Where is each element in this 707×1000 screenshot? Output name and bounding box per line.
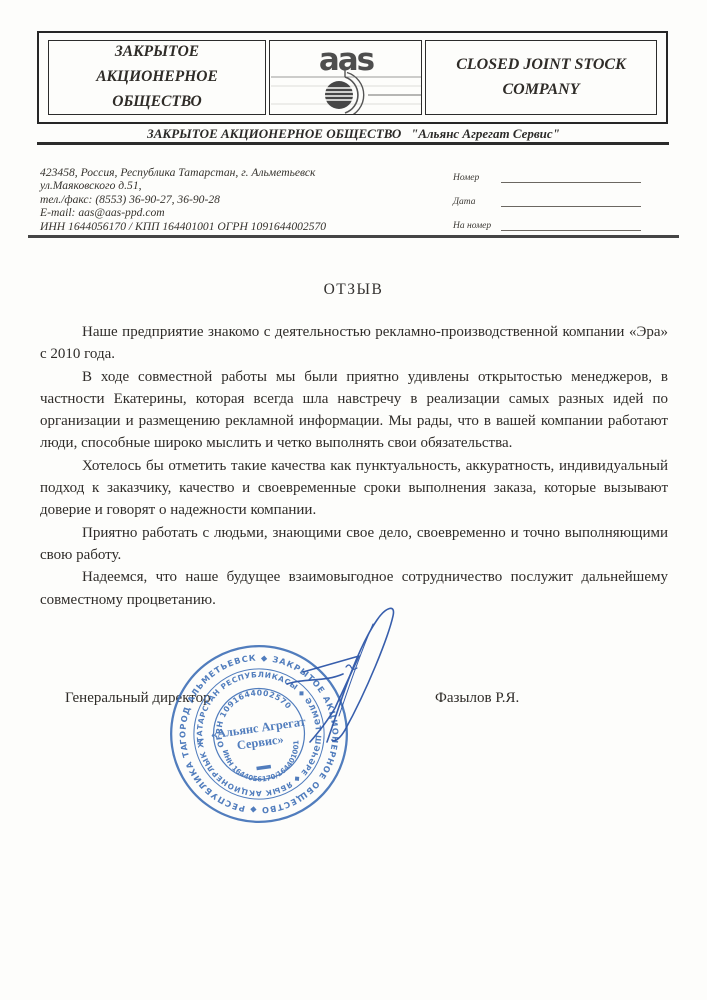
signer-name: Фазылов Р.Я. [435,690,519,707]
letterhead-subline: ЗАКРЫТОЕ АКЦИОНЕРНОЕ ОБЩЕСТВО "Альянс Аг… [0,126,707,142]
ref-row-number: Номер [453,172,641,183]
document-title: ОТЗЫВ [0,281,707,299]
contact-street-line: ул.Маяковского д.51, [40,179,326,192]
ref-number-label: Номер [453,173,501,183]
contact-phone-line: тел./факс: (8553) 36-90-27, 36-90-28 [40,193,326,206]
aas-logo-icon: aas [271,40,421,115]
ref-row-reply-to: На номер [453,220,641,231]
paragraph: Хотелось бы отметить такие качества как … [40,455,668,522]
stamp-center-bar [256,765,271,771]
handwritten-signature [285,590,410,745]
paragraph: Приятно работать с людьми, знающими свое… [40,522,668,567]
letterhead: ЗАКРЫТОЕ АКЦИОНЕРНОЕ ОБЩЕСТВО aas [37,31,668,124]
ref-date-blank [501,196,641,207]
letterhead-logo: aas [269,40,422,115]
contact-address-line: 423458, Россия, Республика Татарстан, г.… [40,166,326,179]
paragraph: Наше предприятие знакомо с деятельностью… [40,321,668,366]
horizontal-rule-top [37,142,669,145]
ref-row-date: Дата [453,196,641,207]
letterhead-company-ru: ЗАКРЫТОЕ АКЦИОНЕРНОЕ ОБЩЕСТВО [48,40,266,115]
reference-fields: Номер Дата На номер [453,172,641,244]
horizontal-rule-bottom [28,235,679,238]
ref-date-label: Дата [453,197,501,207]
ref-reply-to-label: На номер [453,221,501,231]
ref-number-blank [501,172,641,183]
contact-inn-line: ИНН 1644056170 / КПП 164401001 ОГРН 1091… [40,220,326,233]
contact-email-line: E-mail: aas@aas-ppd.com [40,206,326,219]
letter-body: Наше предприятие знакомо с деятельностью… [40,321,668,611]
paragraph: В ходе совместной работы мы были приятно… [40,366,668,455]
ref-reply-to-blank [501,220,641,231]
logo-text: aas [318,42,373,78]
contact-block: 423458, Россия, Республика Татарстан, г.… [40,166,326,233]
scanned-letter-page: ЗАКРЫТОЕ АКЦИОНЕРНОЕ ОБЩЕСТВО aas [0,0,707,1000]
letterhead-company-en: CLOSED JOINT STOCK COMPANY [425,40,657,115]
